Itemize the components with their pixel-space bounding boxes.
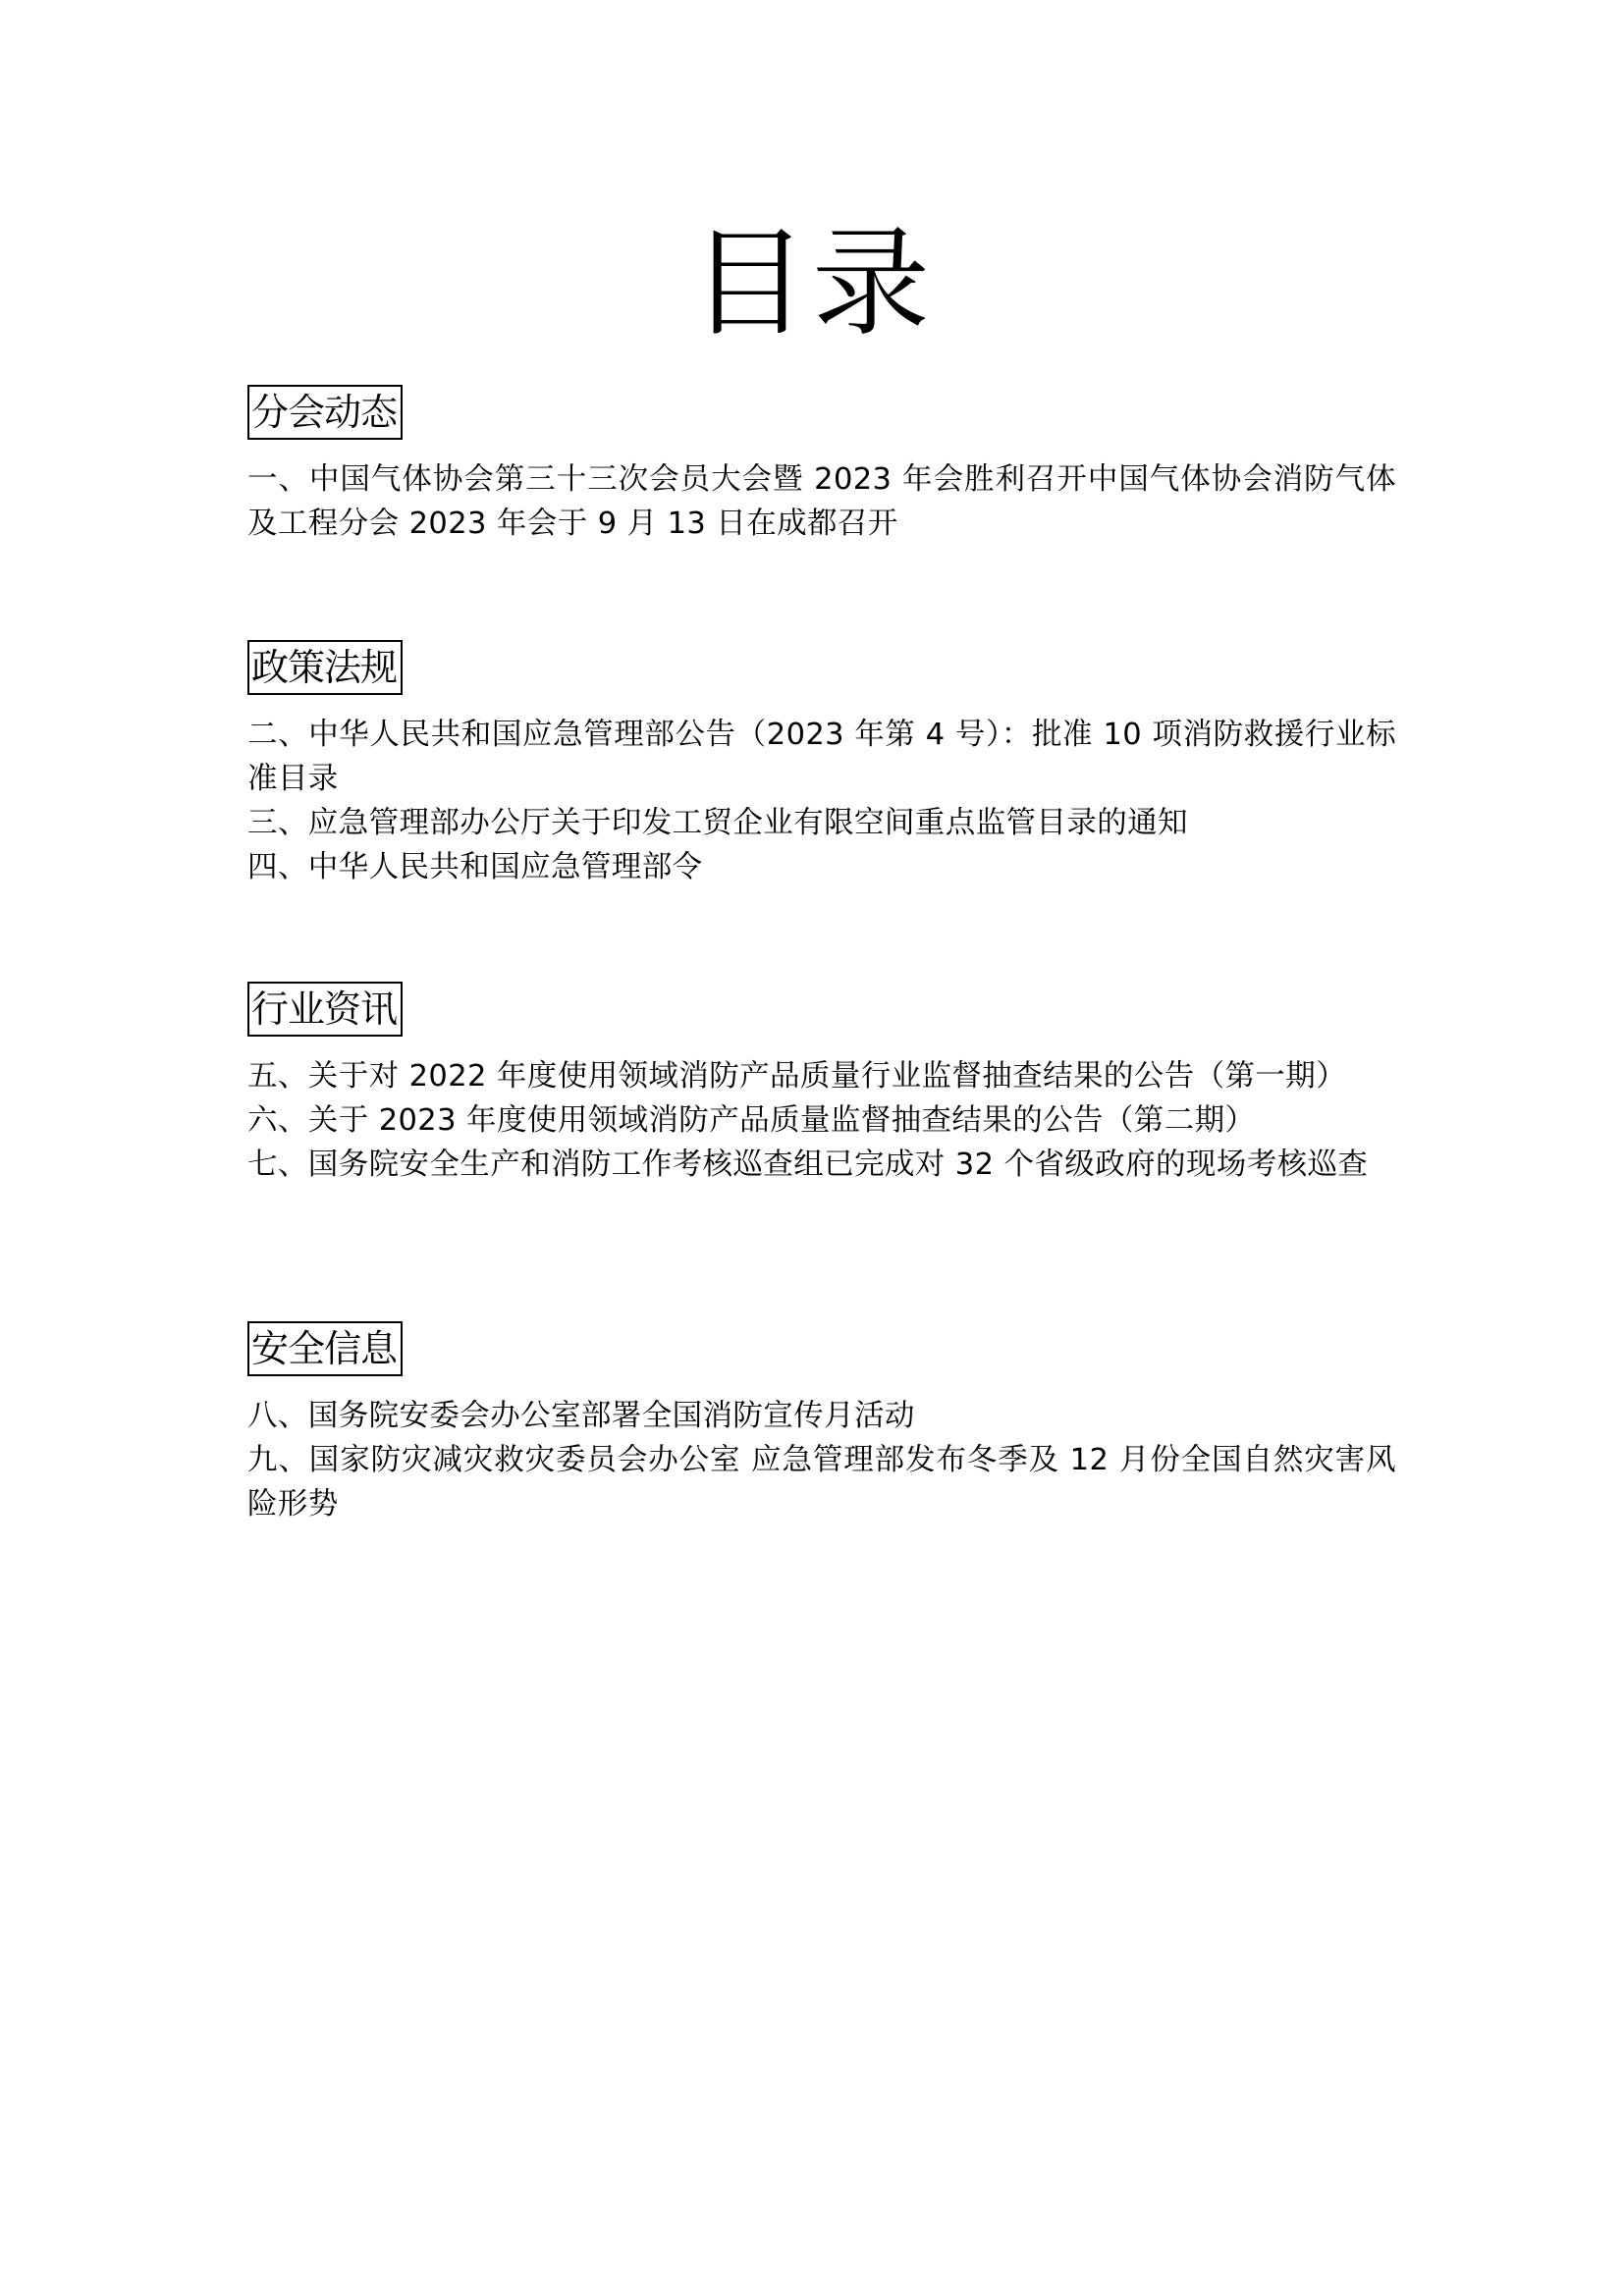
toc-entry[interactable]: 二、中华人民共和国应急管理部公告（2023 年第 4 号）：批准 10 项消防救… [247, 713, 1396, 801]
toc-entry[interactable]: 一、中国气体协会第三十三次会员大会暨 2023 年会胜利召开中国气体协会消防气体… [247, 457, 1396, 546]
section-items: 二、中华人民共和国应急管理部公告（2023 年第 4 号）：批准 10 项消防救… [247, 713, 1396, 889]
toc-entry[interactable]: 四、中华人民共和国应急管理部令 [247, 845, 1396, 889]
section-industry-news: 行业资讯 五、关于对 2022 年度使用领域消防产品质量行业监督抽查结果的公告（… [247, 982, 1396, 1187]
section-heading: 分会动态 [247, 385, 403, 440]
toc-entry[interactable]: 六、关于 2023 年度使用领域消防产品质量监督抽查结果的公告（第二期） [247, 1098, 1396, 1143]
section-heading: 政策法规 [247, 640, 403, 695]
toc-entry[interactable]: 八、国务院安委会办公室部署全国消防宣传月活动 [247, 1394, 1396, 1438]
section-safety-info: 安全信息 八、国务院安委会办公室部署全国消防宣传月活动 九、国家防灾减灾救灾委员… [247, 1321, 1396, 1526]
section-items: 五、关于对 2022 年度使用领域消防产品质量行业监督抽查结果的公告（第一期） … [247, 1054, 1396, 1187]
section-branch-news: 分会动态 一、中国气体协会第三十三次会员大会暨 2023 年会胜利召开中国气体协… [247, 385, 1396, 546]
section-policy-regulations: 政策法规 二、中华人民共和国应急管理部公告（2023 年第 4 号）：批准 10… [247, 640, 1396, 889]
section-items: 一、中国气体协会第三十三次会员大会暨 2023 年会胜利召开中国气体协会消防气体… [247, 457, 1396, 546]
section-heading: 安全信息 [247, 1321, 403, 1376]
toc-entry[interactable]: 九、国家防灾减灾救灾委员会办公室 应急管理部发布冬季及 12 月份全国自然灾害风… [247, 1438, 1396, 1526]
section-items: 八、国务院安委会办公室部署全国消防宣传月活动 九、国家防灾减灾救灾委员会办公室 … [247, 1394, 1396, 1526]
section-heading: 行业资讯 [247, 982, 403, 1037]
toc-entry[interactable]: 五、关于对 2022 年度使用领域消防产品质量行业监督抽查结果的公告（第一期） [247, 1054, 1396, 1098]
toc-entry[interactable]: 七、国务院安全生产和消防工作考核巡查组已完成对 32 个省级政府的现场考核巡查 [247, 1143, 1396, 1187]
page-title: 目录 [0, 216, 1624, 353]
toc-entry[interactable]: 三、应急管理部办公厅关于印发工贸企业有限空间重点监管目录的通知 [247, 801, 1396, 845]
